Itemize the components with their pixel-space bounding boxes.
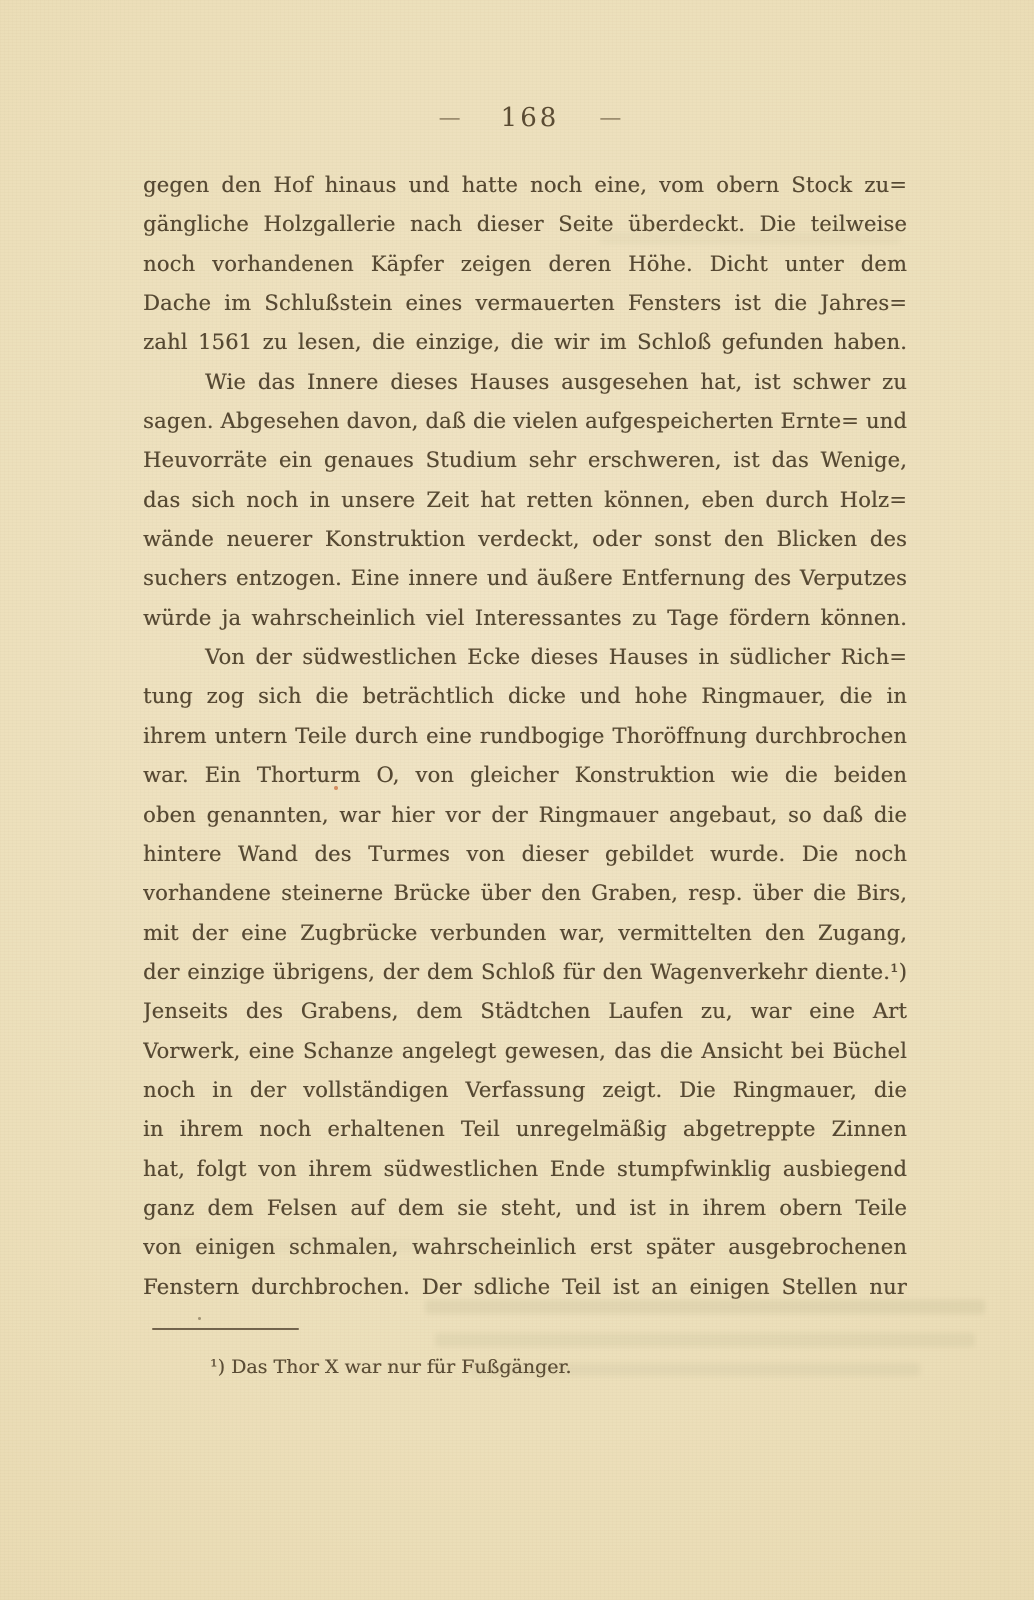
text-line: suchers entzogen. Eine innere und äußere… [143, 559, 907, 598]
text-line: der einzige übrigens, der dem Schloß für… [143, 953, 907, 992]
text-line: tung zog sich die beträchtlich dicke und… [143, 677, 907, 716]
text-line: war. Ein Thorturm O, von gleicher Konstr… [143, 756, 907, 795]
text-line: Fenstern durchbrochen. Der sdliche Teil … [143, 1268, 907, 1307]
text-line: Jenseits des Grabens, dem Städtchen Lauf… [143, 992, 907, 1031]
text-line: noch vorhandenen Käpfer zeigen deren Höh… [143, 245, 907, 284]
text-line: noch in der vollständigen Verfassung zei… [143, 1071, 907, 1110]
body-text-block: gegen den Hof hinaus und hatte noch eine… [143, 166, 907, 1307]
scanned-book-page: — 168 — gegen den Hof hinaus und hatte n… [0, 0, 1034, 1600]
text-line: sagen. Abgesehen davon, daß die vielen a… [143, 402, 907, 441]
text-line: wände neuerer Konstruktion verdeckt, ode… [143, 520, 907, 559]
text-line: Vorwerk, eine Schanze angelegt gewesen, … [143, 1032, 907, 1071]
text-line: ganz dem Felsen auf dem sie steht, und i… [143, 1189, 907, 1228]
footnote: ¹) Das Thor X war nur für Fußgänger. [210, 1352, 571, 1382]
text-line: Heuvorräte ein genaues Studium sehr ersc… [143, 441, 907, 480]
header-right-dash: — [599, 109, 621, 128]
text-line: hat, folgt von ihrem südwestlichen Ende … [143, 1150, 907, 1189]
text-line: vorhandene steinerne Brücke über den Gra… [143, 874, 907, 913]
text-line-paragraph-start: Wie das Innere dieses Hauses ausgesehen … [143, 363, 907, 402]
page-header: — 168 — [0, 103, 1034, 133]
text-line: das sich noch in unsere Zeit hat retten … [143, 481, 907, 520]
text-line: gegen den Hof hinaus und hatte noch eine… [143, 166, 907, 205]
text-line: hintere Wand des Turmes von dieser gebil… [143, 835, 907, 874]
page-number: 168 [501, 103, 560, 133]
text-line: ihrem untern Teile durch eine rundbogige… [143, 717, 907, 756]
text-line: mit der eine Zugbrücke verbunden war, ve… [143, 914, 907, 953]
show-through-ghost [435, 1333, 975, 1347]
text-line: würde ja wahrscheinlich viel Interessant… [143, 599, 907, 638]
text-line: zahl 1561 zu lesen, die einzige, die wir… [143, 323, 907, 362]
ink-speck [198, 1317, 201, 1320]
text-line: Dache im Schlußstein eines vermauerten F… [143, 284, 907, 323]
header-left-dash: — [439, 109, 461, 128]
text-line: in ihrem noch erhaltenen Teil unregelmäß… [143, 1110, 907, 1149]
footnote-divider [152, 1328, 299, 1330]
text-line: von einigen schmalen, wahrscheinlich ers… [143, 1228, 907, 1267]
text-line-paragraph-start: Von der südwestlichen Ecke dieses Hauses… [143, 638, 907, 677]
text-line: oben genannten, war hier vor der Ringmau… [143, 796, 907, 835]
ink-speck [334, 786, 338, 790]
text-line: gängliche Holzgallerie nach dieser Seite… [143, 205, 907, 244]
